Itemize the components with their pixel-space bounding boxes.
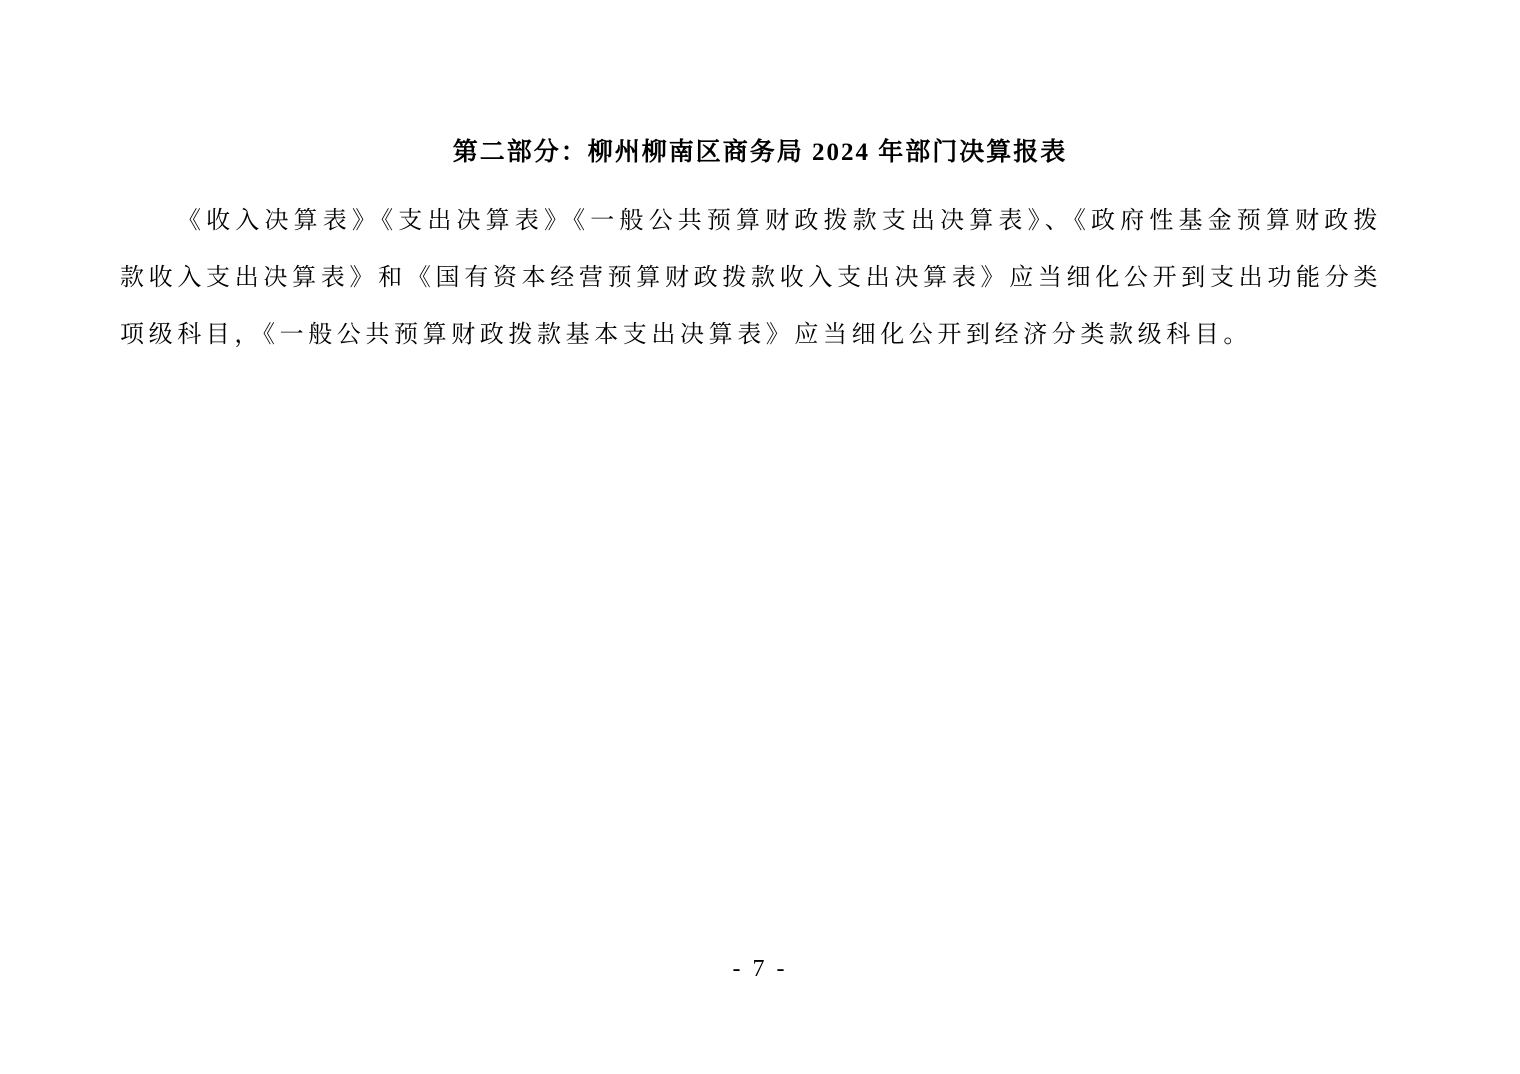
- document-page: 第二部分：柳州柳南区商务局 2024 年部门决算报表 《收入决算表》《支出决算表…: [0, 0, 1520, 1074]
- page-number: - 7 -: [0, 956, 1520, 983]
- body-paragraph: 《收入决算表》《支出决算表》《一般公共预算财政拨款支出决算表》、《政府性基金预算…: [120, 193, 1382, 364]
- section-heading: 第二部分：柳州柳南区商务局 2024 年部门决算报表: [0, 0, 1520, 171]
